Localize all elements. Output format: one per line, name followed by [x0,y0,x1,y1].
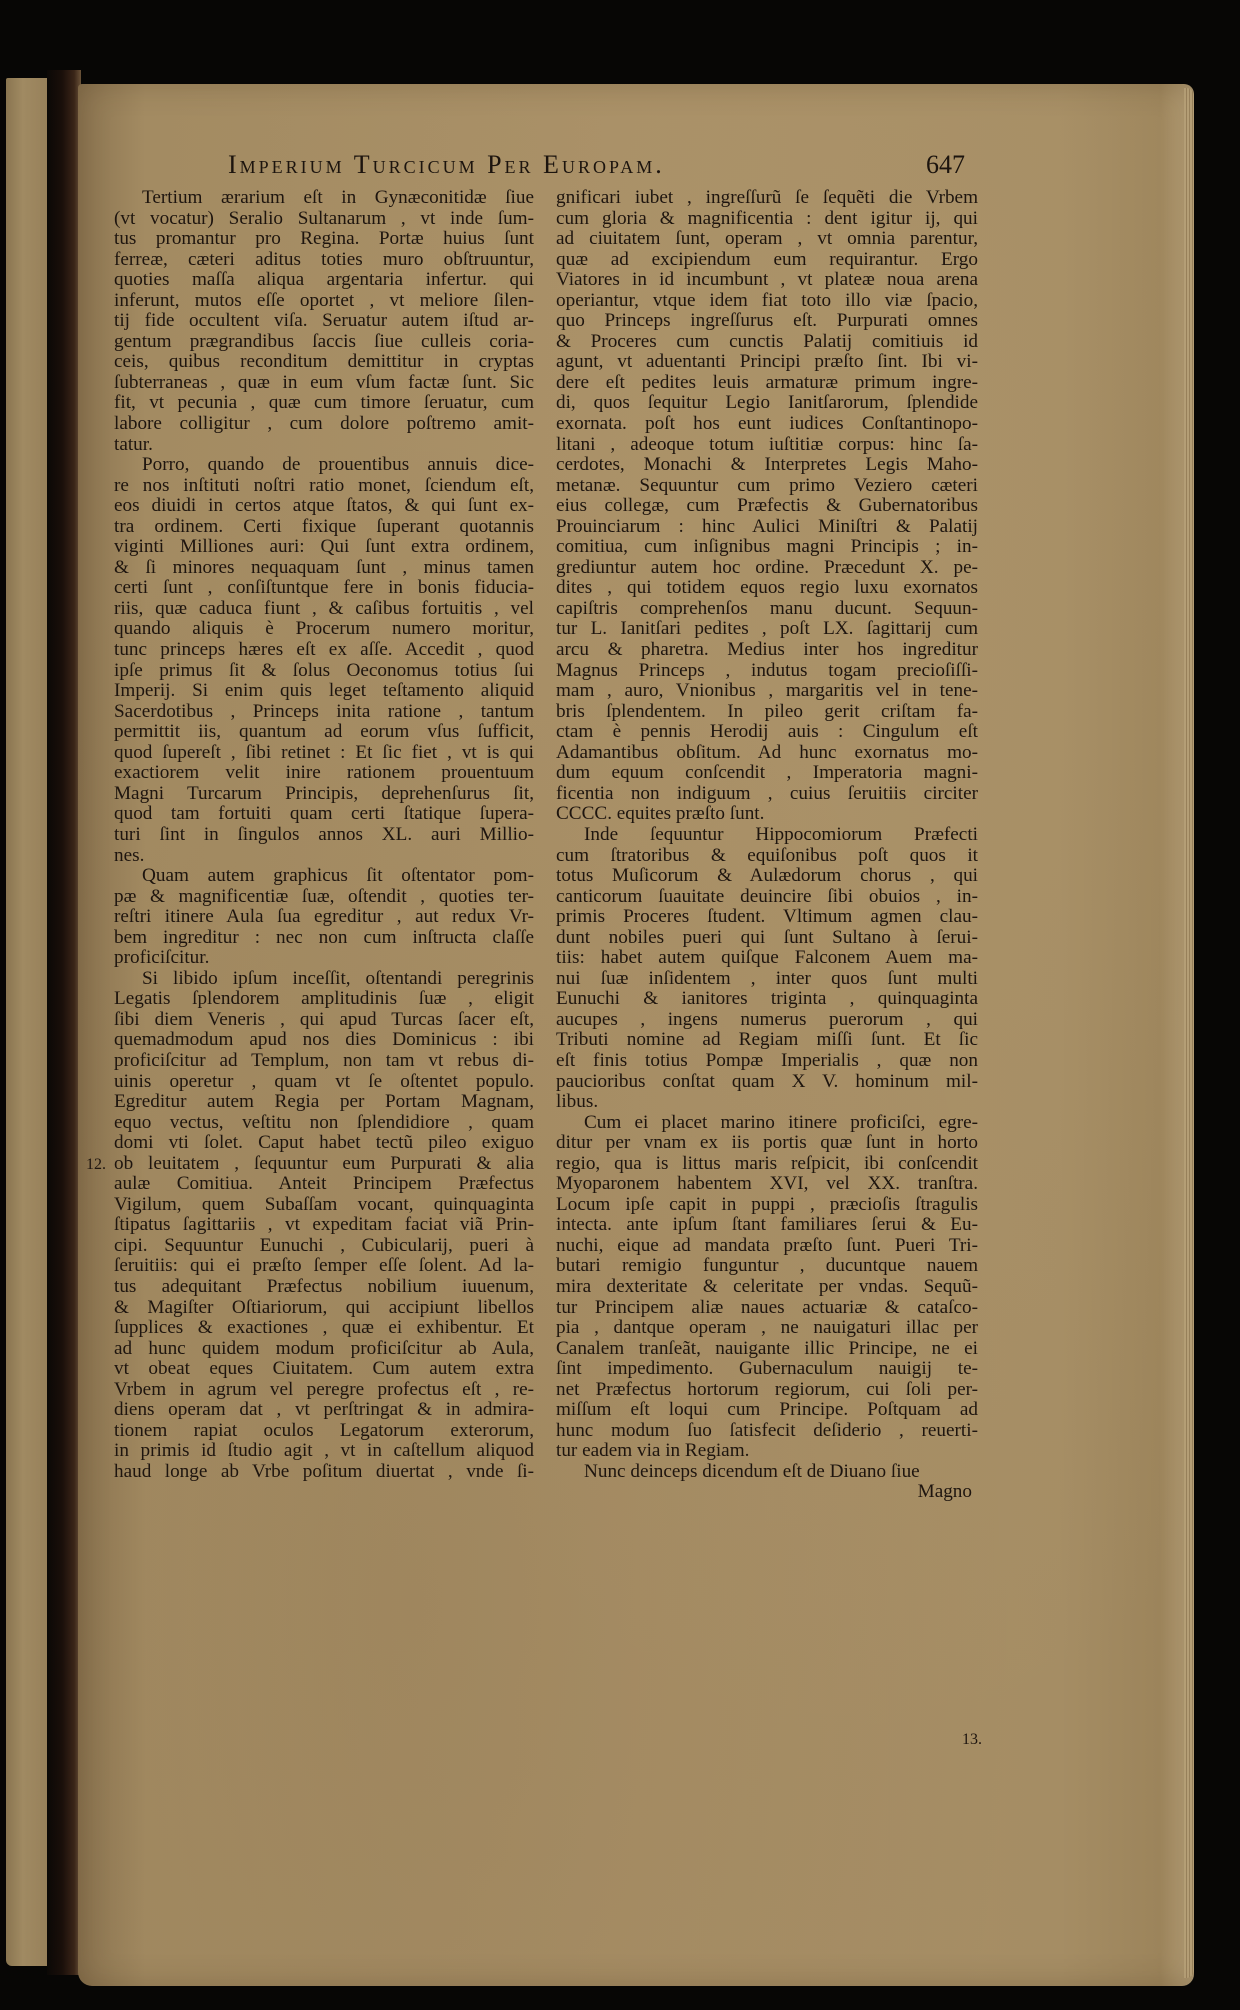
text-line: reſtri itinere Aula ſua egreditur , aut … [114,907,534,928]
text-line: labore colligitur , cum dolore poſtremo … [114,414,534,435]
text-line: exornata. poſt hos eunt iudices Conſtant… [556,414,978,435]
text-line: metanæ. Sequuntur cum primo Veziero cæte… [556,476,978,497]
text-line: canticorum ſuauitate deuincire ſibi obui… [556,887,978,908]
text-line: haud longe ab Vrbe poſitum diuertat , vn… [114,1462,534,1483]
text-line: aucupes , ingens numerus puerorum , qui [556,1010,978,1031]
text-line: net Præfectus hortorum regiorum, cui ſol… [556,1380,978,1401]
text-line: tionem rapiat oculos Legatorum exterorum… [114,1421,534,1442]
text-line: bris ſplendentem. In pileo gerit criſtam… [556,702,978,723]
margin-note-13: 13. [962,1731,982,1749]
text-line: cipi. Sequuntur Eunuchi , Cubicularij, p… [114,1236,534,1257]
text-line: comitiua, cum inſignibus magni Principis… [556,537,978,558]
text-line: exactiorem velit inire rationem prouentu… [114,763,534,784]
text-line: tiis: habet autem quiſque Falconem Auem … [556,948,978,969]
text-line: libus. [556,1092,978,1113]
text-line: Sacerdotibus , Princeps inita ratione , … [114,702,534,723]
text-line: & Magiſter Oſtiariorum, qui accipiunt li… [114,1298,534,1319]
text-line: butari remigio funguntur , ducuntque nau… [556,1256,978,1277]
text-line: quæ ad excipiendum eum requirantur. Ergo [556,250,978,271]
text-line: Canalem tranſeãt, nauigante illic Princi… [556,1339,978,1360]
text-line: mira dexteritate & celeritate per vndas.… [556,1277,978,1298]
text-line: inferunt, mutos eſſe oportet , vt melior… [114,291,534,312]
text-line: tur L. Ianitſari pedites , poſt LX. ſagi… [556,619,978,640]
text-line: primis Proceres ſtudent. Vltimum agmen c… [556,907,978,928]
text-line: grediuntur autem hoc ordine. Præcedunt X… [556,558,978,579]
text-line: totus Muſicorum & Aulædorum chorus , qui [556,866,978,887]
text-line: ob leuitatem , ſequuntur eum Purpurati &… [114,1154,534,1175]
text-line: dere eſt pedites leuis armaturæ primum i… [556,373,978,394]
text-line: diens operam dat , vt perſtringat & in a… [114,1400,534,1421]
catchword: Magno [556,1482,978,1503]
text-line: equo vectus, veſtitu non ſplendidiore , … [114,1113,534,1134]
text-line: litani , adeoque totum iuſtitiæ corpus: … [556,435,978,456]
text-line: Eunuchi & ianitores triginta , quinquagi… [556,989,978,1010]
text-line: & Proceres cum cunctis Palatij comitiuis… [556,332,978,353]
text-line: uinis operetur , quam vt ſe oſtentet pop… [114,1072,534,1093]
text-line: tus adequitant Præfectus nobilium iuuenu… [114,1277,534,1298]
text-line: dum equum conſcendit , Imperatoria magni… [556,763,978,784]
text-line: cerdotes, Monachi & Interpretes Legis Ma… [556,455,978,476]
text-line: ſubterraneas , quæ in eum vſum factæ ſun… [114,373,534,394]
text-line: domi vti ſolet. Caput habet tectũ pileo … [114,1133,534,1154]
text-line: Si libido ipſum inceſſit, oſtentandi per… [114,969,534,990]
text-line: viginti Milliones auri: Qui ſunt extra o… [114,537,534,558]
text-line: tij fide occultent viſa. Seruatur autem … [114,311,534,332]
text-line: ficentia non indiguum , cuius ſeruitiis … [556,784,978,805]
text-line: arcu & pharetra. Medius inter hos ingred… [556,640,978,661]
text-line: ſupplices & exactiones , quæ ei exhibent… [114,1318,534,1339]
text-line: ditur per vnam ex iis portis quæ ſunt in… [556,1133,978,1154]
text-line: quemadmodum apud nos dies Dominicus : ib… [114,1030,534,1051]
text-line: tra ordinem. Certi fixique ſuperant quot… [114,517,534,538]
text-line: Inde ſequuntur Hippocomiorum Præfecti [556,825,978,846]
text-line: certi ſunt , conſiſtuntque fere in bonis… [114,578,534,599]
text-column-left: Tertium ærarium eſt in Gynæconitidæ ſiue… [114,188,534,1482]
text-line: Tributi nomine ad Regiam miſſi ſunt. Et … [556,1030,978,1051]
text-line: hunc modum ſuo ſatisfecit deſiderio , re… [556,1421,978,1442]
page-number: 647 [926,150,965,180]
text-line: gentum prægrandibus ſaccis ſiue culleis … [114,332,534,353]
text-line: turi ſint in ſingulos annos XL. auri Mil… [114,825,534,846]
text-line: quo Princeps ingreſſurus eſt. Purpurati … [556,311,978,332]
text-line: Viatores in id incumbunt , vt plateæ nou… [556,270,978,291]
text-line: fit, vt pecunia , quæ cum timore ſeruatu… [114,393,534,414]
text-line: & ſi minores nequaquam ſunt , minus tame… [114,558,534,579]
text-line: quando aliquis è Procerum numero moritur… [114,619,534,640]
text-line: riis, quæ caduca fiunt , & caſibus fortu… [114,599,534,620]
text-line: in primis id ſtudio agit , vt in caſtell… [114,1441,534,1462]
page-fore-edge [1184,88,1194,1978]
text-line: quoties maſſa aliqua argentaria infertur… [114,270,534,291]
text-line: Legatis ſplendorem amplitudinis ſuæ , el… [114,989,534,1010]
text-line: Porro, quando de prouentibus annuis dice… [114,455,534,476]
facing-page-edge [6,78,48,1966]
text-line: nes. [114,846,534,867]
text-line: proficiſcitur. [114,948,534,969]
text-line: dunt nobiles pueri qui ſunt Sultano à ſe… [556,928,978,949]
text-line: ſtipatus ſagittariis , vt expeditam faci… [114,1215,534,1236]
text-line: nuchi, eique ad mandata præſto ſunt. Pue… [556,1236,978,1257]
text-line: ſeruitiis: qui ei præſto ſemper eſſe ſol… [114,1256,534,1277]
text-line: cum ſtratoribus & equiſonibus poſt quos … [556,846,978,867]
text-line: dites , qui totidem equos regio luxu exo… [556,578,978,599]
text-line: Magnus Princeps , indutus togam precioſi… [556,661,978,682]
text-line: ceis, quibus reconditum demittitur in cr… [114,352,534,373]
text-line: ſibi diem Veneris , qui apud Turcas ſace… [114,1010,534,1031]
text-line: proficiſcitur ad Templum, non tam vt reb… [114,1051,534,1072]
text-line: ipſe primus ſit & ſolus Oeconomus totius… [114,661,534,682]
text-line: eſt finis totius Pompæ Imperialis , quæ … [556,1051,978,1072]
margin-note-12: 12. [86,1156,106,1174]
text-line: tatur. [114,435,534,456]
text-line: regio, qua is littus maris reſpicit, ibi… [556,1154,978,1175]
text-line: Prouinciarum : hinc Aulici Miniſtri & Pa… [556,517,978,538]
text-line: operiantur, vtque idem fiat toto illo vi… [556,291,978,312]
text-line: nui ſuæ inſidentem , inter quos ſunt mul… [556,969,978,990]
text-line: eius collegæ, cum Præfectis & Gubernator… [556,496,978,517]
text-line: tunc princeps hæres eſt ex aſſe. Accedit… [114,640,534,661]
text-line: miſſum eſt loqui cum Principe. Poſtquam … [556,1400,978,1421]
text-line: tur Principem aliæ naues actuariæ & cata… [556,1298,978,1319]
text-line: Magni Turcarum Principis, deprehenſurus … [114,784,534,805]
text-line: Myoparonem habentem XVI, vel XX. tranſtr… [556,1174,978,1195]
book-gutter-shadow [47,70,81,1975]
text-line: ſint impedimento. Gubernaculum nauigij t… [556,1359,978,1380]
text-line: ctam è pennis Herodij auis : Cingulum eſ… [556,722,978,743]
running-head: Imperium Turcicum Per Europam. [228,150,828,180]
text-line: gnificari iubet , ingreſſurũ ſe ſequẽti … [556,188,978,209]
text-line: permittit iis, quantum ad eorum vſus ſuf… [114,722,534,743]
text-line: quod tam fortuiti quam certi ſtatique ſu… [114,804,534,825]
text-line: Adamantibus obſitum. Ad hunc exornatus m… [556,743,978,764]
text-line: paucioribus conſtat quam X V. hominum mi… [556,1072,978,1093]
text-column-right: gnificari iubet , ingreſſurũ ſe ſequẽti … [556,188,978,1503]
text-line: bem ingreditur : nec non cum inſtructa c… [114,928,534,949]
text-line: di, quos ſequitur Legio Ianitſarorum, ſp… [556,393,978,414]
text-line: capiſtris comprehenſos manu ducunt. Sequ… [556,599,978,620]
text-line: (vt vocatur) Seralio Sultanarum , vt ind… [114,209,534,230]
text-line: tur eadem via in Regiam. [556,1441,978,1462]
text-line: Locum ipſe capit in puppi , præcioſis ſt… [556,1195,978,1216]
text-line: eos diuidi in certos atque ſtatos, & qui… [114,496,534,517]
text-line: tus promantur pro Regina. Portæ huius ſu… [114,229,534,250]
text-line: quod ſupereſt , ſibi retinet : Et ſic fi… [114,743,534,764]
text-line: Vrbem in agrum vel peregre profectus eſt… [114,1380,534,1401]
text-line: Cum ei placet marino itinere proficiſci,… [556,1113,978,1134]
text-line: mam , auro, Vnionibus , margaritis vel i… [556,681,978,702]
text-line: vt obeat eques Ciuitatem. Cum autem extr… [114,1359,534,1380]
text-line: Egreditur autem Regia per Portam Magnam, [114,1092,534,1113]
text-line: Imperij. Si enim quis leget teſtamento a… [114,681,534,702]
text-line: ferreæ, cæteri aditus toties muro obſtru… [114,250,534,271]
text-line: ad hunc quidem modum proficiſcitur ab Au… [114,1339,534,1360]
text-line: intecta. ante ipſum ſtant familiares ſer… [556,1215,978,1236]
text-line: agunt, vt aduentanti Principi præſto ſin… [556,352,978,373]
text-line: Tertium ærarium eſt in Gynæconitidæ ſiue [114,188,534,209]
text-line: ad ciuitatem ſunt, operam , vt omnia par… [556,229,978,250]
text-line: pæ & magnificentiæ ſuæ, oſtendit , quoti… [114,887,534,908]
text-line: cum gloria & magnificentia : dent igitur… [556,209,978,230]
text-line: pia , dantque operam , ne nauigaturi ill… [556,1318,978,1339]
text-line: re nos inſtituti noſtri ratio monet, ſci… [114,476,534,497]
text-line: Vigilum, quem Subaſſam vocant, quinquagi… [114,1195,534,1216]
text-line: Nunc deinceps dicendum eſt de Diuano ſiu… [556,1462,978,1483]
text-line: CCCC. equites præſto ſunt. [556,804,978,825]
text-line: aulæ Comitiua. Anteit Principem Præfectu… [114,1174,534,1195]
text-line: Quam autem graphicus ſit oſtentator pom- [114,866,534,887]
